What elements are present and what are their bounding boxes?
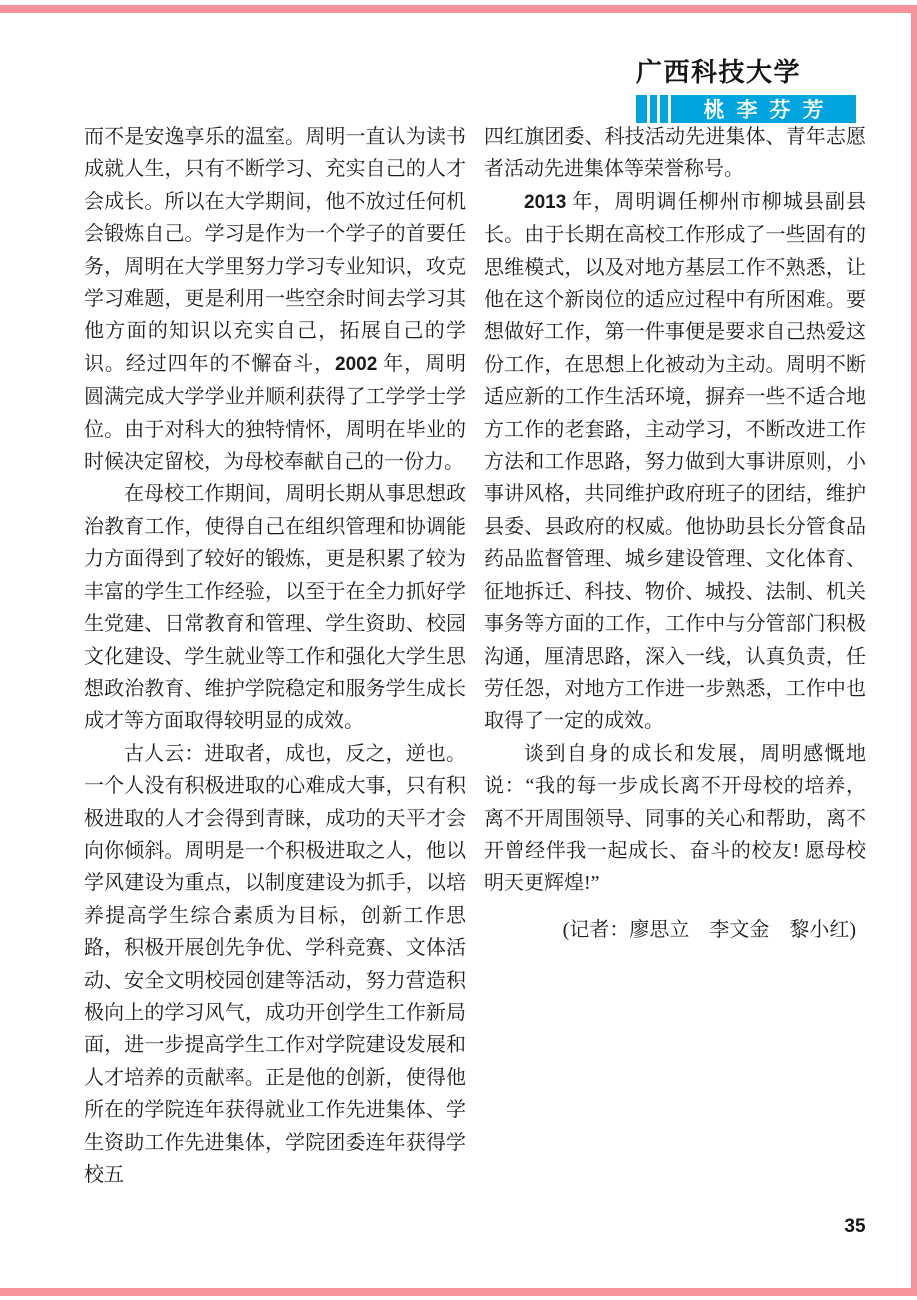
masthead: 广西科技大学 桃李芬芳: [636, 52, 856, 123]
page-bleed-right: [911, 5, 917, 1296]
paragraph-continued: 而不是安逸享乐的温室。周明一直认为读书成就人生，只有不断学习、充实自己的人才会成…: [84, 121, 466, 478]
paragraph-text: 而不是安逸享乐的温室。周明一直认为读书成就人生，只有不断学习、充实自己的人才会成…: [84, 126, 466, 375]
section-banner-bar: 桃李芬芳: [671, 95, 856, 123]
page-number: 35: [838, 1216, 872, 1238]
paragraph: 在母校工作期间，周明长期从事思想政治教育工作，使得自己在组织管理和协调能力方面得…: [84, 478, 466, 737]
column-right: 四红旗团委、科技活动先进集体、青年志愿者活动先进集体等荣誉称号。 2013 年，…: [484, 121, 866, 1191]
paragraph: 谈到自身的成长和发展，周明感慨地说：“我的每一步成长离不开母校的培养，离不开周围…: [484, 738, 866, 900]
year-number: 2002: [335, 354, 377, 375]
banner-stripe: [636, 95, 647, 123]
paragraph: 2013 年，周明调任柳州市柳城县副县长。由于长期在高校工作形成了一些固有的思维…: [484, 186, 866, 738]
section-title: 桃李芬芳: [704, 94, 836, 124]
paragraph-continued: 四红旗团委、科技活动先进集体、青年志愿者活动先进集体等荣誉称号。: [484, 121, 866, 186]
magazine-page: 广西科技大学 桃李芬芳 而不是安逸享乐的温室。周明一直认为读书成就人生，只有不断…: [0, 0, 917, 1300]
page-bleed-top: [0, 5, 917, 13]
column-left: 而不是安逸享乐的温室。周明一直认为读书成就人生，只有不断学习、充实自己的人才会成…: [84, 121, 466, 1191]
banner-stripe: [650, 95, 657, 123]
section-banner: 桃李芬芳: [636, 95, 856, 123]
university-name: 广西科技大学: [636, 52, 856, 89]
byline: (记者：廖思立 李文金 黎小红): [484, 914, 856, 946]
year-number: 2013: [524, 192, 566, 213]
banner-stripe: [660, 95, 668, 123]
paragraph: 古人云：进取者，成也，反之，逆也。一个人没有积极进取的心难成大事，只有积极进取的…: [84, 738, 466, 1192]
article-body: 而不是安逸享乐的温室。周明一直认为读书成就人生，只有不断学习、充实自己的人才会成…: [84, 121, 866, 1191]
paragraph-text: 年，周明调任柳州市柳城县副县长。由于长期在高校工作形成了一些固有的思维模式，以及…: [484, 191, 866, 733]
page-bleed-bottom: [0, 1288, 917, 1296]
